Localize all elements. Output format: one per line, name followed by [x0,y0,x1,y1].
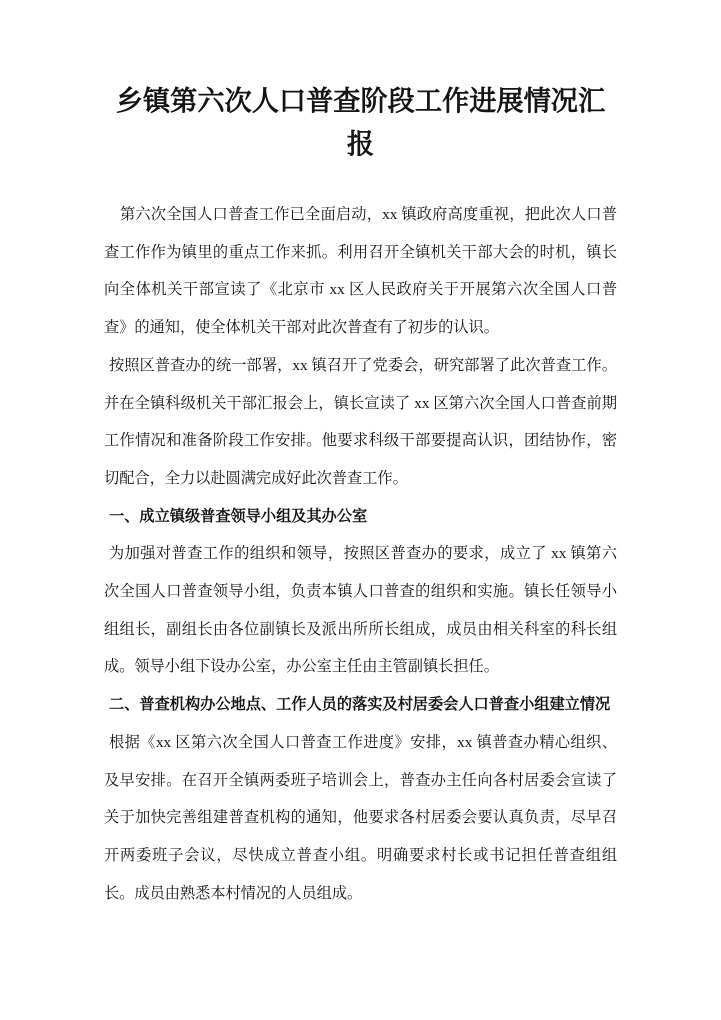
paragraph: 按照区普查办的统一部署，xx 镇召开了党委会，研究部署了此次普查工作。并在全镇科… [104,347,617,498]
document-body: 第六次全国人口普查工作已全面启动，xx 镇政府高度重视，把此次人口普查工作作为镇… [104,196,617,912]
section-heading: 二、普查机构办公地点、工作人员的落实及村居委会人口普查小组建立情况 [104,686,617,724]
paragraph: 根据《xx 区第六次全国人口普查工作进度》安排，xx 镇普查办精心组织、及早安排… [104,724,617,913]
section-heading: 一、成立镇级普查领导小组及其办公室 [104,498,617,536]
document-title: 乡镇第六次人口普查阶段工作进展情况汇报 [111,80,611,166]
paragraph: 为加强对普查工作的组织和领导，按照区普查办的要求，成立了 xx 镇第六次全国人口… [104,535,617,686]
paragraph: 第六次全国人口普查工作已全面启动，xx 镇政府高度重视，把此次人口普查工作作为镇… [104,196,617,347]
document-page: 乡镇第六次人口普查阶段工作进展情况汇报 第六次全国人口普查工作已全面启动，xx … [0,0,721,1020]
